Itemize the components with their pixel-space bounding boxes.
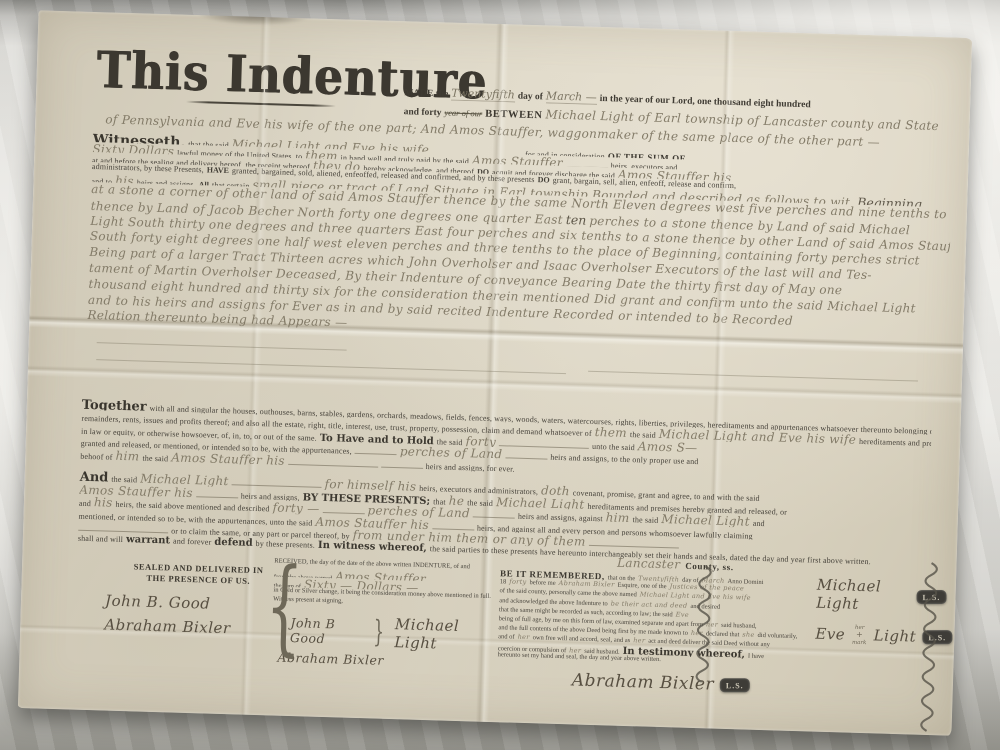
curly-brace-left: { bbox=[264, 553, 303, 658]
text-segment: Eve bbox=[676, 610, 689, 618]
received-lines: RECEIVED, the day of the date of the abo… bbox=[273, 558, 494, 612]
mark-cross: + bbox=[856, 631, 863, 640]
county-name-handwritten: Lancaster bbox=[617, 556, 681, 572]
flourish-coil bbox=[916, 561, 943, 734]
pencil-rule bbox=[96, 359, 566, 374]
document-title: This Indenture bbox=[96, 40, 488, 111]
text-segment: and bbox=[753, 519, 765, 528]
text-segment: warrant bbox=[126, 534, 170, 546]
text-segment: HAVE bbox=[207, 165, 229, 175]
pencil-rule bbox=[588, 371, 918, 382]
text-segment: March — bbox=[546, 89, 597, 105]
text-segment: year of our bbox=[444, 107, 482, 118]
text-segment: Twentyfifth bbox=[451, 87, 515, 103]
grantor-signature-michael-light-receipt: Michael Light bbox=[394, 615, 493, 654]
text-segment: and forty bbox=[404, 107, 442, 118]
signature-eve-light-post: Light bbox=[873, 627, 916, 646]
text-segment: him bbox=[606, 510, 630, 525]
mark-label: mark bbox=[852, 640, 867, 646]
text-segment: In witness whereof, bbox=[318, 539, 427, 553]
together-paragraph: Togetherwith all and singular the houses… bbox=[80, 398, 931, 485]
text-segment bbox=[505, 451, 547, 460]
text-segment bbox=[288, 456, 378, 467]
signature-eve-light-pre: Eve bbox=[815, 625, 845, 644]
received-block: { RECEIVED, the day of the date of the a… bbox=[271, 558, 494, 671]
text-segment: her bbox=[633, 637, 645, 645]
flourish-coil bbox=[691, 564, 716, 683]
witnesseth-paragraph: Witnesseth,that the saidMichael Light an… bbox=[87, 132, 952, 350]
text-segment: the said bbox=[467, 498, 493, 508]
text-segment: she bbox=[742, 631, 755, 639]
text-segment: Amos Stauffer his bbox=[171, 450, 285, 467]
text-segment bbox=[381, 459, 423, 468]
text-segment: BETWEEN bbox=[485, 109, 543, 122]
text-segment bbox=[322, 505, 364, 514]
text-segment: defend bbox=[214, 536, 253, 548]
text-segment: shall and will bbox=[78, 533, 123, 543]
indenture-document: This Indenture MADE theTwentyfifthday of… bbox=[18, 10, 972, 735]
text-segment bbox=[473, 509, 515, 518]
text-segment: behoof of bbox=[80, 451, 112, 461]
text-segment: the said bbox=[632, 515, 658, 525]
photo-scene: This Indenture MADE theTwentyfifthday of… bbox=[0, 0, 1000, 750]
text-segment: MADE the bbox=[404, 88, 448, 99]
text-segment: ten bbox=[566, 212, 587, 228]
pencil-rule bbox=[97, 342, 347, 350]
text-segment: day of bbox=[518, 92, 543, 103]
text-segment: his bbox=[94, 495, 113, 510]
her-mark-annotation: her + mark bbox=[852, 625, 867, 646]
text-segment bbox=[196, 489, 238, 498]
text-segment: in the year of our Lord, one thousand ei… bbox=[600, 94, 811, 110]
text-segment: 18 bbox=[500, 578, 507, 585]
text-segment: heirs and assigns, for ever. bbox=[426, 462, 515, 474]
text-segment: did voluntarily, bbox=[757, 632, 797, 640]
curly-brace-right: } bbox=[373, 617, 384, 647]
text-segment bbox=[432, 521, 474, 530]
text-segment: Esquire, one of the bbox=[617, 582, 666, 590]
text-segment: Abraham Bixler bbox=[559, 579, 615, 589]
text-segment: and of bbox=[498, 634, 515, 641]
text-segment: him bbox=[115, 448, 139, 463]
text-segment: forty bbox=[509, 578, 526, 587]
text-segment: before me bbox=[529, 579, 555, 587]
sealed-delivered-heading: SEALED AND DELIVERED IN THE PRESENCE OF … bbox=[106, 561, 292, 589]
seal-ls-justice: L.S. bbox=[720, 678, 750, 692]
text-segment: and bbox=[79, 499, 91, 508]
text-segment: the said bbox=[142, 453, 168, 463]
text-segment: DO bbox=[538, 175, 550, 184]
text-segment bbox=[355, 446, 397, 455]
sealed-delivered-block: SEALED AND DELIVERED IN THE PRESENCE OF … bbox=[104, 561, 291, 639]
text-segment: and forever bbox=[173, 536, 212, 546]
text-segment: said husband, bbox=[721, 622, 757, 630]
witness-signature-john-b-good: John B. Good bbox=[105, 591, 290, 614]
acknowledgment-lines: BE IT REMEMBERED,that on theTwentyfifthd… bbox=[497, 568, 850, 670]
signature-michael-light: Michael Light bbox=[816, 576, 911, 615]
acknowledgment-block: Lancaster County, ss. BE IT REMEMBERED,t… bbox=[497, 552, 851, 698]
text-segment: her bbox=[517, 633, 529, 641]
witness-signature-abraham-bixler: Abraham Bixler bbox=[104, 615, 289, 638]
